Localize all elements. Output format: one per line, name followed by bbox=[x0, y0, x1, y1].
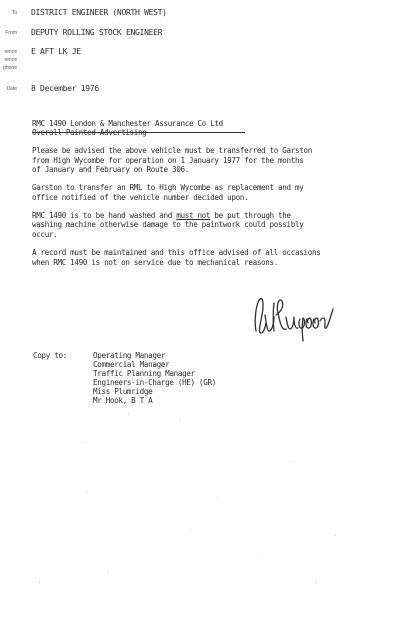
copy-recipient: Traffic Planning Manager bbox=[93, 369, 216, 378]
paragraph-3-line-2: washing machine otherwise damage to the … bbox=[32, 220, 303, 229]
copy-to-label: Copy to: bbox=[33, 351, 67, 360]
date-label: Date bbox=[0, 86, 17, 92]
from-label: From bbox=[0, 30, 17, 36]
copy-recipient: Engineers-in-Charge (HE) (GR) bbox=[93, 378, 216, 387]
signature bbox=[252, 293, 347, 347]
to-label: To bbox=[0, 10, 17, 16]
scan-speck bbox=[291, 461, 292, 462]
scan-speck bbox=[217, 498, 218, 499]
scan-speck bbox=[83, 442, 84, 443]
date-value: 8 December 1976 bbox=[31, 83, 99, 93]
paragraph-2-line-1: Garston to transfer an RML to High Wycom… bbox=[32, 183, 303, 192]
scan-speck bbox=[39, 582, 40, 583]
paragraph-1-line-1: Please be advised the above vehicle must… bbox=[32, 146, 312, 155]
paragraph-4-line-2: when RMC 1490 is not on service due to m… bbox=[32, 258, 278, 267]
paragraph-1-line-2: from High Wycombe for operation on 1 Jan… bbox=[32, 156, 303, 165]
copy-recipient: Commercial Manager bbox=[93, 360, 216, 369]
paragraph-3-line-1: RMC 1490 is to be hand washed and must n… bbox=[32, 211, 291, 220]
para3-pre: RMC 1490 is to be hand washed and bbox=[32, 211, 176, 220]
signature-scribble-icon bbox=[252, 293, 347, 343]
to-value: DISTRICT ENGINEER (NORTH WEST) bbox=[31, 7, 167, 17]
scan-speck bbox=[190, 530, 191, 531]
scan-speck bbox=[180, 420, 181, 421]
telephone-label: phone bbox=[0, 65, 17, 71]
subject-underline bbox=[32, 132, 245, 133]
subject-line: RMC 1490 London & Manchester Assurance C… bbox=[32, 119, 223, 128]
paragraph-3-line-3: occur. bbox=[32, 230, 57, 239]
para3-emphasis: must not bbox=[176, 211, 210, 220]
reference-value: E AFT LK JE bbox=[31, 46, 81, 56]
reference-label-2: rence bbox=[0, 57, 17, 63]
paragraph-4-line-1: A record must be maintained and this off… bbox=[32, 248, 320, 257]
from-value: DEPUTY ROLLING STOCK ENGINEER bbox=[31, 27, 162, 37]
copy-recipient: Mr Hook, B T A bbox=[93, 396, 216, 405]
scan-speck bbox=[316, 582, 317, 583]
scan-speck bbox=[87, 492, 88, 493]
paragraph-1-line-3: of January and February on Route 306. bbox=[32, 165, 189, 174]
scan-speck bbox=[108, 571, 109, 572]
copy-recipient: Miss Plumridge bbox=[93, 387, 216, 396]
copy-recipient: Operating Manager bbox=[93, 351, 216, 360]
scan-speck bbox=[335, 535, 336, 536]
scan-speck bbox=[128, 413, 129, 414]
paragraph-2-line-2: office notified of the vehicle number de… bbox=[32, 193, 248, 202]
copy-recipient-list: Operating Manager Commercial Manager Tra… bbox=[93, 351, 216, 405]
para3-post: be put through the bbox=[210, 211, 291, 220]
scan-speck bbox=[258, 555, 259, 556]
reference-label: rence bbox=[0, 49, 17, 55]
